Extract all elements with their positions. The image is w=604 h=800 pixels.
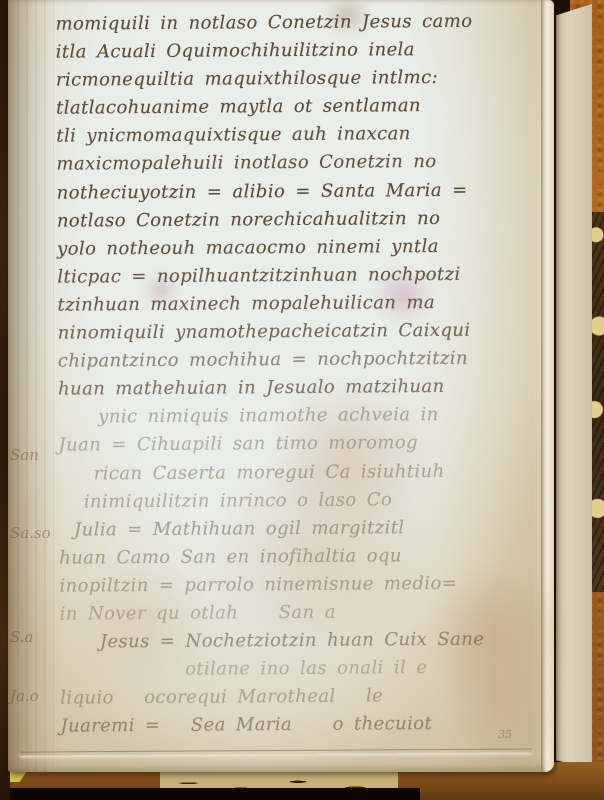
margin-note: San xyxy=(10,446,39,464)
manuscript-line: yolo notheouh macaocmo ninemi yntla xyxy=(57,235,527,266)
manuscript-line: notheciuyotzin = alibio = Santa Maria = xyxy=(57,179,527,210)
manuscript-line: inopiltzin = parrolo ninemisnue medio= xyxy=(59,572,529,603)
manuscript-line: itla Acuali Oquimochihuilitzino inela xyxy=(56,38,526,69)
manuscript-line: Juaremi = Sea Maria o thecuiot xyxy=(60,713,530,744)
manuscript-line: lticpac = nopilhuantzitzinhuan nochpotzi xyxy=(57,263,527,294)
manuscript-line: maxicmopalehuili inotlaso Conetzin no xyxy=(56,151,526,182)
manuscript-line: huan mathehuian in Jesualo matzihuan xyxy=(58,376,528,407)
manuscript-line: momiquili in notlaso Conetzin Jesus camo xyxy=(55,10,525,41)
manuscript-page: momiquili in notlaso Conetzin Jesus camo… xyxy=(8,0,554,772)
manuscript-line: otilane ino las onali il e xyxy=(60,657,530,688)
manuscript-line: tli ynicmomaquixtisque auh inaxcan xyxy=(56,123,526,154)
manuscript-line: Jesus = Nochetziotzin huan Cuix Sane xyxy=(60,628,530,659)
manuscript-line: in Nover qu otlah San a xyxy=(60,600,530,631)
deckle-edge xyxy=(541,0,554,772)
margin-note: S.a xyxy=(10,628,33,646)
manuscript-line: ninomiquili ynamothepacheicatzin Caixqui xyxy=(58,319,528,350)
manuscript-line: ricmonequiltia maquixthilosque intlmc: xyxy=(56,67,526,98)
manuscript-line: tlatlacohuanime maytla ot sentlaman xyxy=(56,95,526,126)
manuscript-photo: momiquili in notlaso Conetzin Jesus camo… xyxy=(0,0,604,800)
handwritten-text-block: momiquili in notlaso Conetzin Jesus camo… xyxy=(55,10,530,744)
underlying-page-edge xyxy=(556,0,592,768)
margin-note: Ja.o xyxy=(10,687,39,705)
paper-crease xyxy=(20,748,532,755)
manuscript-line: inimiquilitzin inrinco o laso Co xyxy=(59,488,529,519)
manuscript-line: Julia = Mathihuan ogil margitzitl xyxy=(59,516,529,547)
manuscript-line: chipantzinco mochihua = nochpochtzitzin xyxy=(58,347,528,378)
gutter-shadow xyxy=(8,0,54,772)
manuscript-line: liquio ocorequi Marotheal le xyxy=(60,685,530,716)
manuscript-line: notlaso Conetzin norechicahualitzin no xyxy=(57,207,527,238)
manuscript-line: huan Camo San en inofihaltia oqu xyxy=(59,544,529,575)
shadow-bottom xyxy=(0,788,420,800)
page-number: 35 xyxy=(498,728,512,741)
manuscript-line: rican Caserta moregui Ca isiuhtiuh xyxy=(59,460,529,491)
manuscript-line: ynic nimiquis inamothe achveia in xyxy=(58,404,528,435)
manuscript-line: Juan = Cihuapili san timo moromog xyxy=(58,432,528,463)
margin-note: Sa.so xyxy=(10,524,51,542)
manuscript-line: tzinhuan maxinech mopalehuilican ma xyxy=(57,291,527,322)
